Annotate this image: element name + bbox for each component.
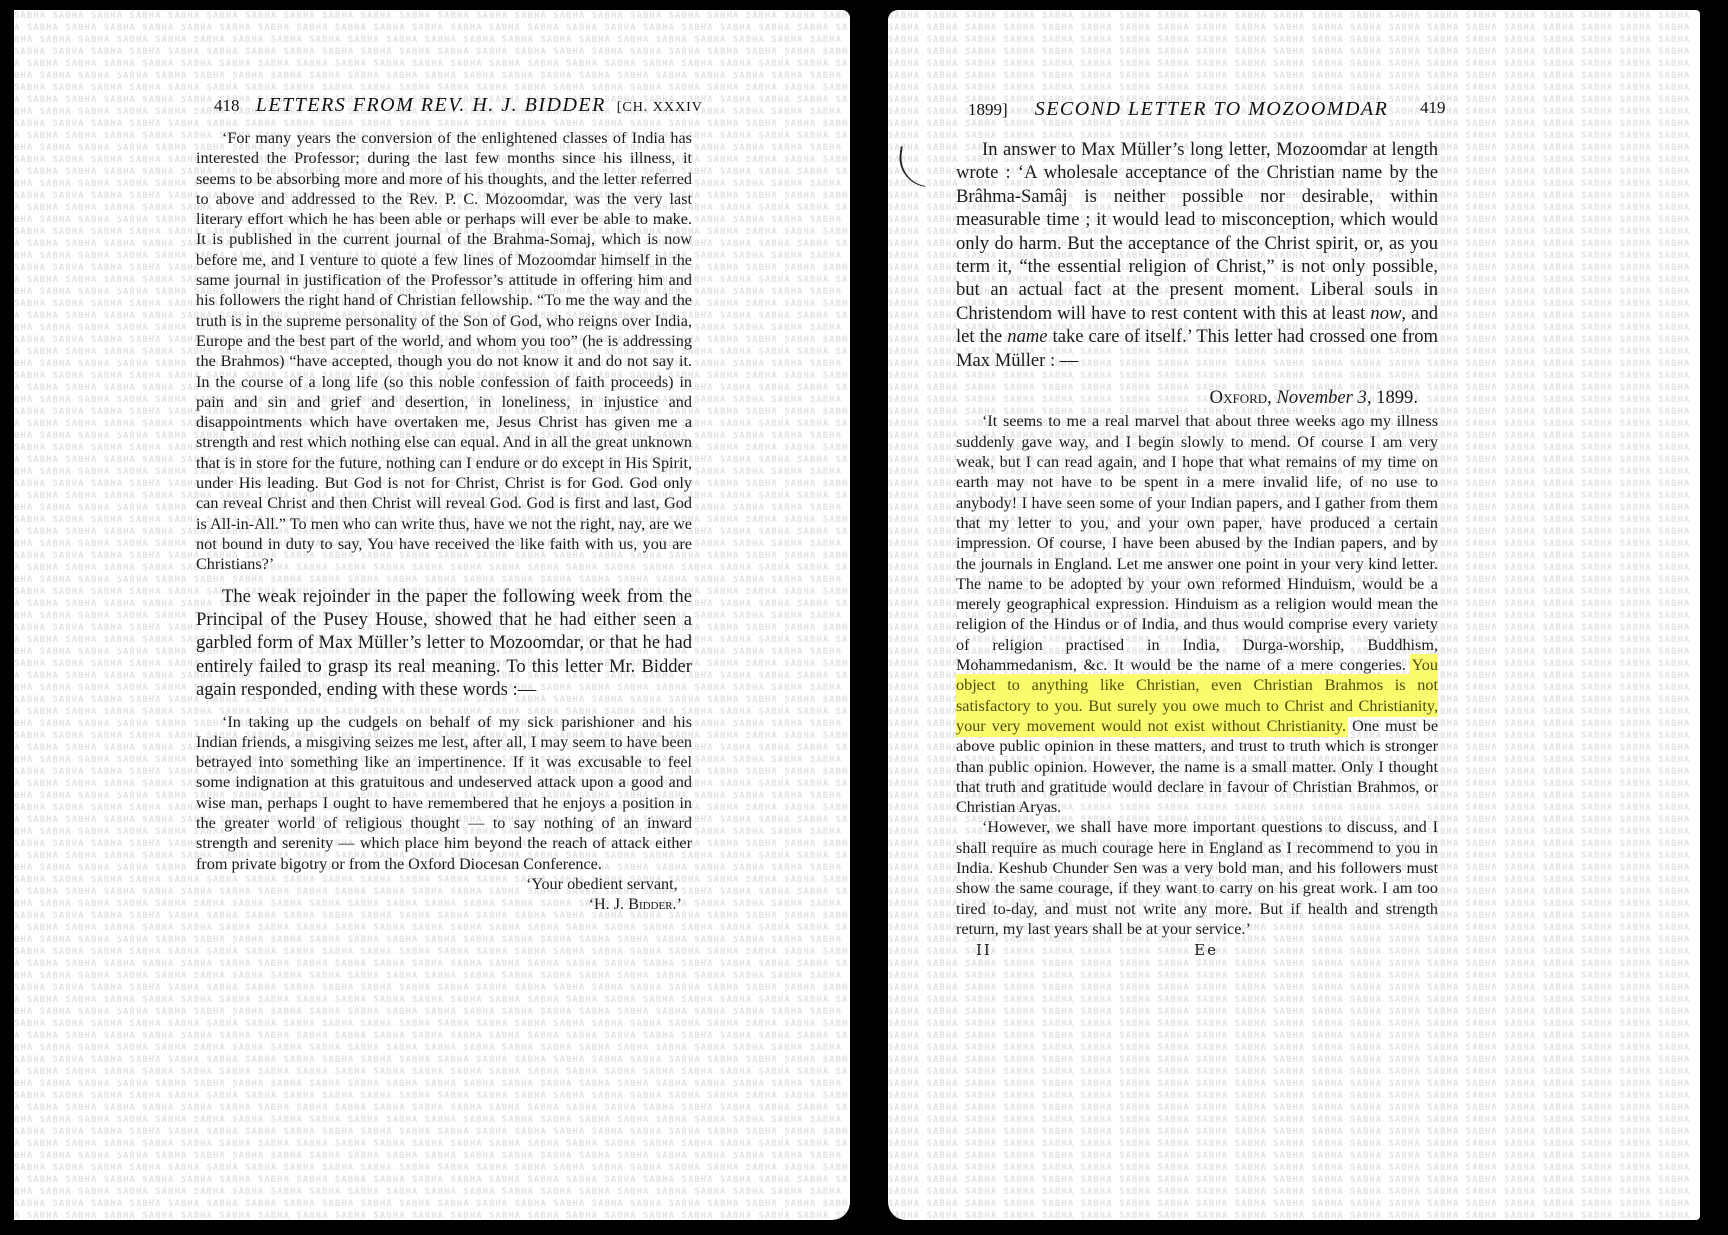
page-number: 419	[1420, 98, 1446, 118]
right-page-body: In answer to Max Müller’s long letter, M…	[956, 138, 1438, 959]
running-head-left: 418 LETTERS FROM REV. H. J. BIDDER [CH. …	[214, 94, 703, 117]
book-gutter	[850, 0, 888, 1235]
intro-paragraph: In answer to Max Müller’s long letter, M…	[956, 138, 1438, 372]
letter-paragraph: ‘However, we shall have more important q…	[956, 817, 1438, 939]
paragraph: The weak rejoinder in the paper the foll…	[196, 585, 692, 702]
dateline: Oxford, November 3, 1899.	[956, 386, 1438, 409]
paragraph: ‘In taking up the cudgels on behalf of m…	[196, 712, 692, 874]
signature-mark: II Ee	[956, 941, 1438, 959]
running-head-right: 1899] SECOND LETTER TO MOZOOMDAR 419	[968, 98, 1388, 121]
running-title: SECOND LETTER TO MOZOOMDAR	[1035, 98, 1389, 120]
page-number: 418	[214, 96, 240, 115]
left-page: SABHA SABHA SABHA SABHA SABHA SABHA SABH…	[14, 10, 850, 1220]
closing: ‘Your obedient servant,	[196, 874, 692, 894]
left-page-body: ‘For many years the conversion of the en…	[196, 128, 692, 915]
signature: ‘H. J. Bidder.’	[196, 894, 692, 914]
chapter-label: [CH. XXXIV	[617, 100, 703, 115]
running-title: LETTERS FROM REV. H. J. BIDDER	[256, 94, 606, 116]
letter-paragraph: ‘It seems to me a real marvel that about…	[956, 411, 1438, 817]
year-label: 1899]	[968, 100, 1008, 119]
paragraph: ‘For many years the conversion of the en…	[196, 128, 692, 575]
right-page: SABHA SABHA SABHA SABHA SABHA SABHA SABH…	[888, 10, 1700, 1220]
